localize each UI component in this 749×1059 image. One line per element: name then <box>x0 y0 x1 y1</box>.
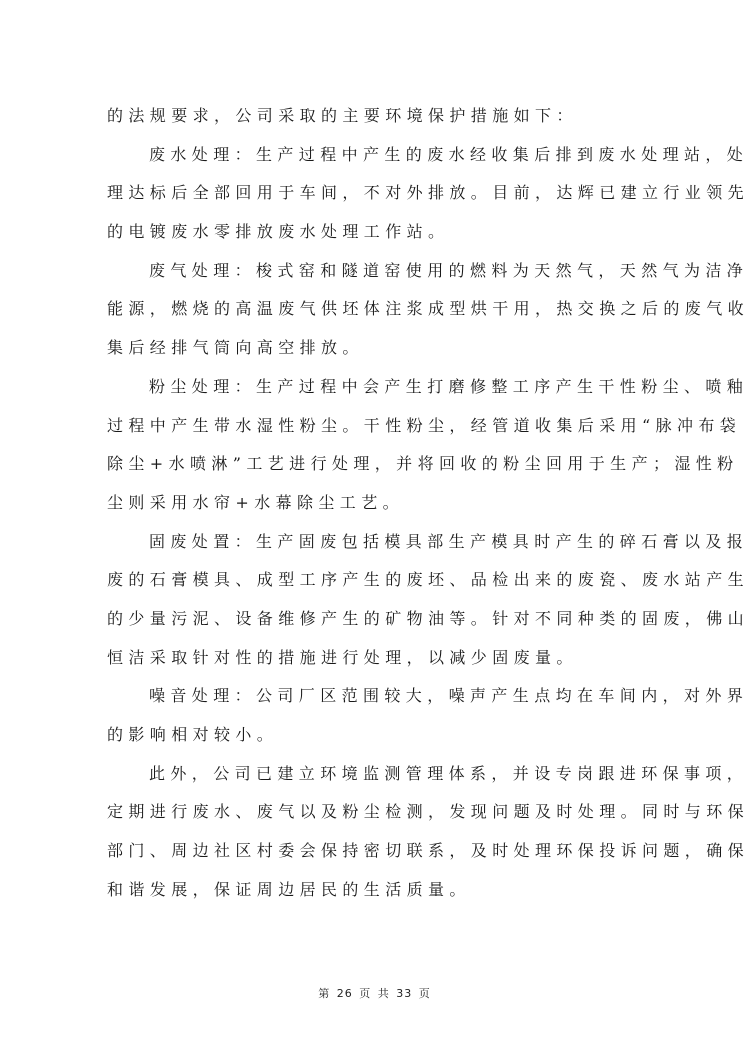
paragraph-wastewater: 废水处理：生产过程中产生的废水经收集后排到废水处理站，处 理达标后全部回用于车间… <box>107 136 643 252</box>
text-line: 理达标后全部回用于车间，不对外排放。目前，达辉已建立行业领先 <box>107 174 643 213</box>
paragraph-exhaust-gas: 废气处理：梭式窑和隧道窑使用的燃料为天然气，天然气为洁净 能源，燃烧的高温废气供… <box>107 252 643 368</box>
text-line: 固废处置：生产固废包括模具部生产模具时产生的碎石膏以及报 <box>107 523 643 562</box>
paragraph-dust: 粉尘处理：生产过程中会产生打磨修整工序产生干性粉尘、喷釉 过程中产生带水湿性粉尘… <box>107 368 643 523</box>
text-line: 废水处理：生产过程中产生的废水经收集后排到废水处理站，处 <box>107 136 643 175</box>
text-line: 废气处理：梭式窑和隧道窑使用的燃料为天然气，天然气为洁净 <box>107 252 643 291</box>
text-line: 和谐发展，保证周边居民的生活质量。 <box>107 871 643 910</box>
text-line: 部门、周边社区村委会保持密切联系，及时处理环保投诉问题，确保 <box>107 832 643 871</box>
page-number-footer: 第 26 页 共 33 页 <box>0 985 749 1001</box>
text-line: 能源，燃烧的高温废气供坯体注浆成型烘干用，热交换之后的废气收 <box>107 290 643 329</box>
text-line: 过程中产生带水湿性粉尘。干性粉尘，经管道收集后采用“脉冲布袋 <box>107 407 643 446</box>
paragraph-monitoring: 此外，公司已建立环境监测管理体系，并设专岗跟进环保事项， 定期进行废水、废气以及… <box>107 755 643 910</box>
text-line: 的电镀废水零排放废水处理工作站。 <box>107 213 643 252</box>
paragraph-solid-waste: 固废处置：生产固废包括模具部生产模具时产生的碎石膏以及报 废的石膏模具、成型工序… <box>107 523 643 678</box>
text-line: 定期进行废水、废气以及粉尘检测，发现问题及时处理。同时与环保 <box>107 793 643 832</box>
text-line: 废的石膏模具、成型工序产生的废坯、品检出来的废瓷、废水站产生 <box>107 561 643 600</box>
text-line: 除尘+水喷淋”工艺进行处理，并将回收的粉尘回用于生产；湿性粉 <box>107 445 643 484</box>
text-line: 的影响相对较小。 <box>107 716 643 755</box>
text-line: 的法规要求，公司采取的主要环境保护措施如下： <box>107 97 643 136</box>
paragraph-intro-tail: 的法规要求，公司采取的主要环境保护措施如下： <box>107 97 643 136</box>
text-line: 的少量污泥、设备维修产生的矿物油等。针对不同种类的固废，佛山 <box>107 600 643 639</box>
text-line: 噪音处理：公司厂区范围较大，噪声产生点均在车间内，对外界 <box>107 677 643 716</box>
text-line: 集后经排气筒向高空排放。 <box>107 329 643 368</box>
text-line: 粉尘处理：生产过程中会产生打磨修整工序产生干性粉尘、喷釉 <box>107 368 643 407</box>
text-line: 此外，公司已建立环境监测管理体系，并设专岗跟进环保事项， <box>107 755 643 794</box>
paragraph-noise: 噪音处理：公司厂区范围较大，噪声产生点均在车间内，对外界 的影响相对较小。 <box>107 677 643 754</box>
text-line: 尘则采用水帘+水幕除尘工艺。 <box>107 484 643 523</box>
text-line: 恒洁采取针对性的措施进行处理，以减少固废量。 <box>107 639 643 678</box>
document-body: 的法规要求，公司采取的主要环境保护措施如下： 废水处理：生产过程中产生的废水经收… <box>107 97 643 909</box>
